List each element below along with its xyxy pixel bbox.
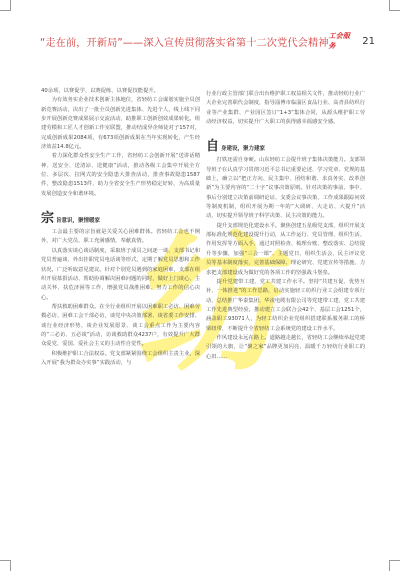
crop-mark-bottom-right bbox=[389, 560, 400, 571]
paragraph: 作风建设永远在路上。道路越走越长，省轻纺工会继续举起党建引领的大旗，让“聚之家”… bbox=[206, 334, 365, 362]
section-initial-char: 自 bbox=[206, 140, 219, 153]
paragraph: 为有效务实企业技术创新主体地位，省轻纺工会谋划实施全员创新竞赛活动，决出了一批全… bbox=[41, 96, 200, 152]
magazine-logo: 工会服务 bbox=[329, 31, 355, 51]
left-column: 40余项，以赛促学、以赛促练、以赛促技能提升。 为有效务实企业技术创新主体地位，… bbox=[41, 87, 200, 368]
paragraph: 以真落实谈心谈话制度，采取班子成员之间逐一谈、支部书记和党员普遍谈、外出挂职党员… bbox=[41, 247, 200, 303]
header-title: “走在前，开新局”——深入宣传贯彻落实省第十二次党代会精神 bbox=[40, 34, 329, 49]
paragraph: 40余项，以赛促学、以赛促练、以赛促技能提升。 bbox=[41, 87, 200, 96]
section-subtitle: 身建设，聚力建家 bbox=[221, 146, 265, 153]
paragraph: 打铁还需自身硬。山东轻纺工会提升班子集体决策能力。支部领导班子在认真学习贯彻习近… bbox=[206, 156, 365, 221]
page-header: “走在前，开新局”——深入宣传贯彻落实省第十二次党代会精神 工会服务 21 bbox=[40, 34, 375, 48]
paragraph: 行业行政主管部门联合出台维护职工权益相关文件，推动轻纺行业广大企业完善职代会制度… bbox=[206, 90, 365, 127]
section-heading: 宗 旨意识，聚情暖家 bbox=[41, 211, 200, 225]
page-number: 21 bbox=[362, 36, 375, 47]
paragraph: 积极维护职工合法权益。党支部紧紧围绕工会组织主责主业，深入开展“我为群众办实事”… bbox=[41, 350, 200, 369]
paragraph: 帮扶救助困难群众。在全行业组织开展以困难职工必访、困难劳模必访、困难工会干部必访… bbox=[41, 303, 200, 350]
paragraph: 着力深化群众性安全生产工作，省轻纺工会创新开展“送讲话精神、送安全、送清凉、送健… bbox=[41, 152, 200, 199]
paragraph: 提升支部规范化建设水平。聚焦创建五星级党支部，组织开展支部标准化规范化建设提升行… bbox=[206, 222, 365, 278]
right-column: 行业行政主管部门联合出台维护职工权益相关文件，推动轻纺行业广大企业完善职代会制度… bbox=[206, 90, 365, 362]
crop-mark-bottom-left bbox=[0, 560, 11, 571]
paragraph: 工会最主要的宗旨就是关爱关心困难群体。省轻纺工会也不例外，对广大党员、职工充满感… bbox=[41, 228, 200, 247]
section-heading: 自 身建设，聚力建家 bbox=[206, 139, 365, 153]
crop-mark-top-left bbox=[0, 0, 11, 11]
paragraph: 提升党建带工建、党工共建工作水平。坚持“共建互促、优势互补、一体推进”的工作思路… bbox=[206, 278, 365, 334]
section-initial-char: 宗 bbox=[41, 212, 54, 225]
section-subtitle: 旨意识，聚情暖家 bbox=[56, 218, 100, 225]
crop-mark-top-right bbox=[389, 0, 400, 11]
